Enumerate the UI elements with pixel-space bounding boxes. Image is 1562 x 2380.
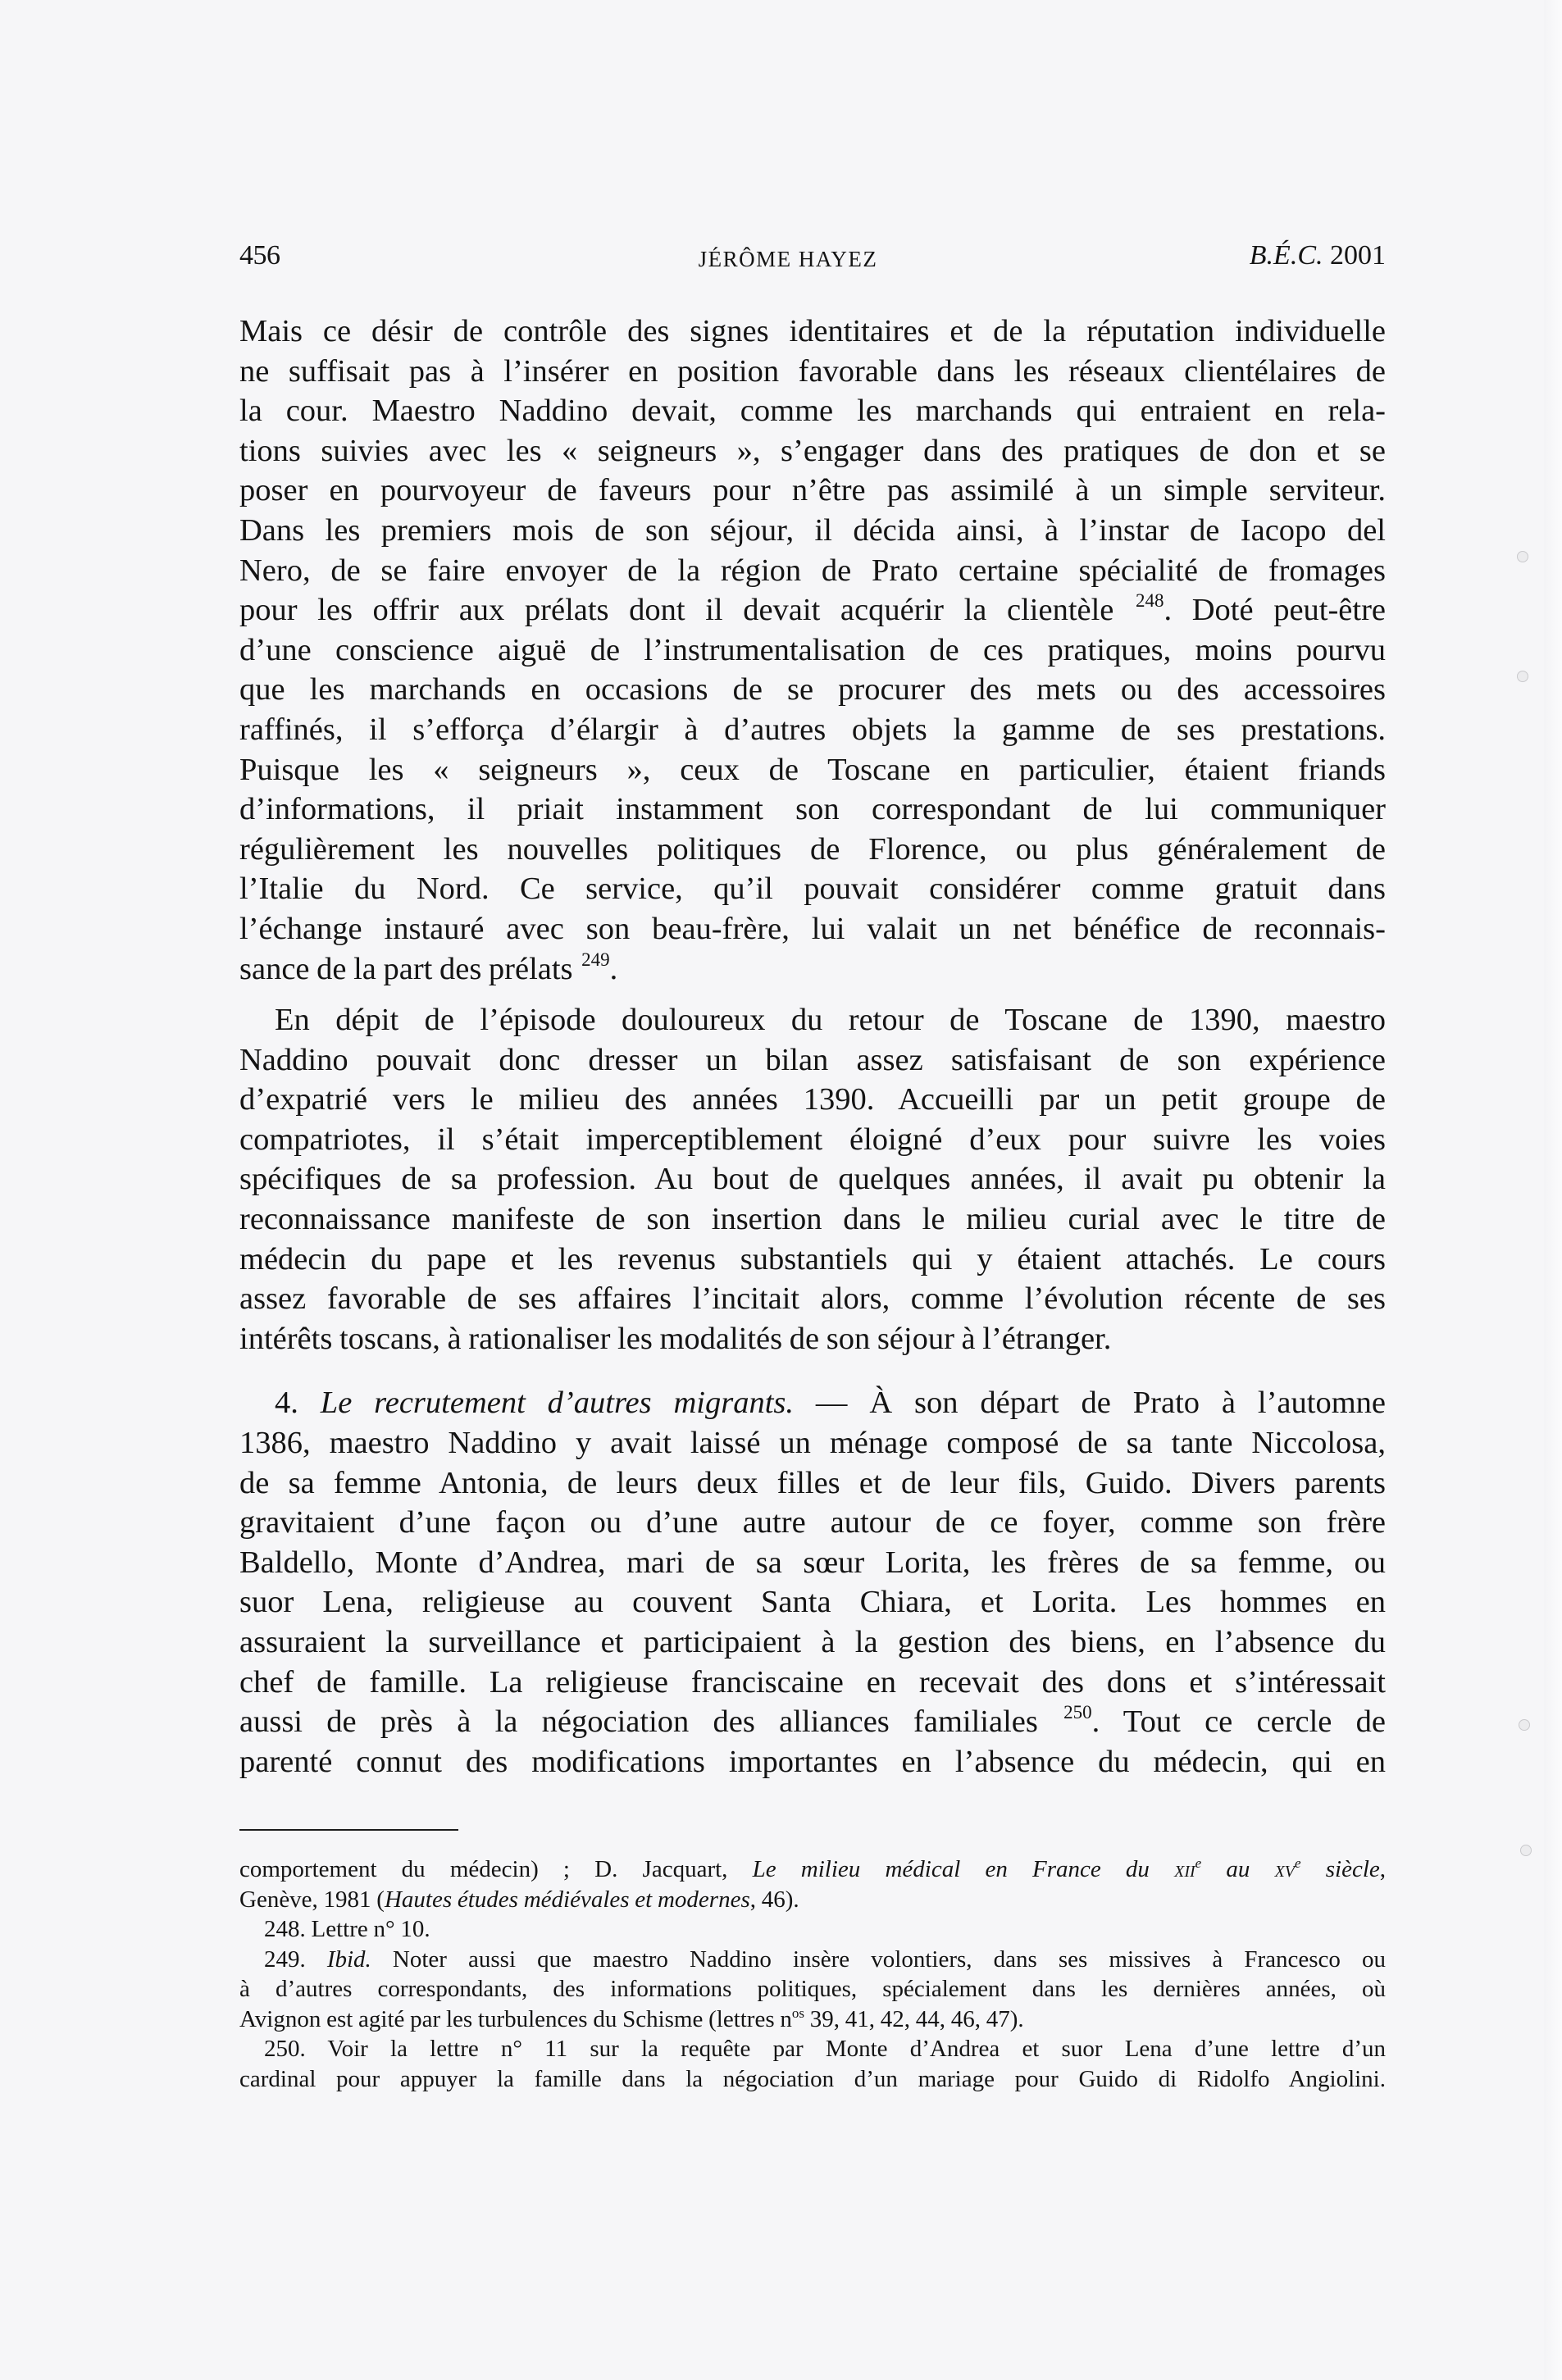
scan-mark bbox=[1517, 551, 1528, 562]
footnote-line: Genève, 1981 (Hautes études médiévales e… bbox=[239, 1885, 1386, 1915]
footnote-line: à d’autres correspondants, des informati… bbox=[239, 1974, 1386, 2005]
text-line: gravitaient d’une façon ou d’une autre a… bbox=[239, 1503, 1386, 1543]
body-text: Mais ce désir de contrôle des signes ide… bbox=[239, 312, 1386, 1782]
text-segment: siècle bbox=[1301, 1856, 1380, 1882]
scan-mark bbox=[1519, 1719, 1530, 1731]
text-line: la cour. Maestro Naddino devait, comme l… bbox=[239, 391, 1386, 431]
text-line: assez favorable de ses affaires l’incita… bbox=[239, 1279, 1386, 1319]
text-segment: 39, 41, 42, 44, 46, 47). bbox=[804, 2006, 1024, 2032]
superscript: e bbox=[1295, 1855, 1301, 1871]
text-line: reconnaissance manifeste de son insertio… bbox=[239, 1199, 1386, 1240]
text-line: Naddino pouvait donc dresser un bilan as… bbox=[239, 1040, 1386, 1081]
scan-mark bbox=[1517, 671, 1528, 682]
text-line: assuraient la surveillance et participai… bbox=[239, 1622, 1386, 1663]
footnote-line: Avignon est agité par les turbulences du… bbox=[239, 2005, 1386, 2035]
running-head-journal: B.É.C. 2001 bbox=[1250, 235, 1386, 276]
text-line: aussi de près à la négociation des allia… bbox=[239, 1702, 1386, 1742]
text-line: que les marchands en occasions de se pro… bbox=[239, 670, 1386, 710]
footnote-number: 249. bbox=[264, 1946, 306, 1973]
journal-abbrev: B.É.C. bbox=[1250, 240, 1323, 271]
text-line: ne suffisait pas à l’insérer en position… bbox=[239, 352, 1386, 392]
text-segment: Avignon est agité par les turbulences du… bbox=[239, 2006, 792, 2032]
text-line: Baldello, Monte d’Andrea, mari de sa sœu… bbox=[239, 1543, 1386, 1583]
text-line: Mais ce désir de contrôle des signes ide… bbox=[239, 312, 1386, 352]
text-line: pour les offrir aux prélats dont il deva… bbox=[239, 590, 1386, 630]
footnote-line: 248. Lettre n° 10. bbox=[239, 1914, 1386, 1945]
text-line: l’échange instauré avec son beau-frère, … bbox=[239, 909, 1386, 949]
text-line: poser en pourvoyeur de faveurs pour n’êt… bbox=[239, 471, 1386, 511]
century-numeral: xii bbox=[1174, 1856, 1195, 1882]
text-segment: au bbox=[1201, 1856, 1274, 1882]
superscript: os bbox=[792, 2005, 804, 2021]
paragraph-3: 4. Le recrutement d’autres migrants. — À… bbox=[239, 1383, 1386, 1782]
text-line: sance de la part des prélats 249. bbox=[239, 949, 1386, 990]
text-line: compatriotes, il s’était imperceptibleme… bbox=[239, 1120, 1386, 1160]
text-line: Puisque les « seigneurs », ceux de Tosca… bbox=[239, 750, 1386, 790]
text-line: de sa femme Antonia, de leurs deux fille… bbox=[239, 1463, 1386, 1504]
text-line: raffinés, il s’efforça d’élargir à d’aut… bbox=[239, 710, 1386, 750]
text-segment: Noter aussi que maestro Naddino insère v… bbox=[371, 1946, 1386, 1973]
text-line: d’expatrié vers le milieu des années 139… bbox=[239, 1080, 1386, 1120]
text-segment: . Doté peut-être bbox=[1164, 593, 1387, 627]
text-segment: pour les offrir aux prélats dont il deva… bbox=[239, 593, 1113, 627]
text-segment: — À son départ de Prato à l’automne bbox=[794, 1386, 1386, 1420]
text-line: chef de famille. La religieuse francisca… bbox=[239, 1663, 1386, 1703]
text-line: En dépit de l’épisode douloureux du reto… bbox=[239, 1000, 1386, 1040]
text-line: suor Lena, religieuse au couvent Santa C… bbox=[239, 1582, 1386, 1622]
footnote-ref-248[interactable]: 248 bbox=[1136, 590, 1164, 611]
footnote-250: 250. Voir la lettre n° 11 sur la requête… bbox=[239, 2034, 1386, 2094]
footnote-continued: comportement du médecin) ; D. Jacquart, … bbox=[239, 1854, 1386, 1914]
text-segment: . bbox=[610, 952, 618, 986]
running-head: 456 JÉRÔME HAYEZ B.É.C. 2001 bbox=[239, 235, 1386, 276]
footnote-number: 250. bbox=[264, 2036, 306, 2062]
text-segment: Genève, 1981 ( bbox=[239, 1886, 385, 1913]
footnote-number: 248. bbox=[264, 1916, 306, 1942]
footnote-249: 249. Ibid. Noter aussi que maestro Naddi… bbox=[239, 1945, 1386, 2035]
footnote-text: Lettre n° 10. bbox=[312, 1916, 430, 1942]
ibid: Ibid. bbox=[327, 1946, 371, 1973]
series-title: Hautes études médiévales et modernes bbox=[385, 1886, 750, 1913]
paragraph-1: Mais ce désir de contrôle des signes ide… bbox=[239, 312, 1386, 989]
section-title: Le recrutement d’autres migrants. bbox=[321, 1386, 794, 1420]
text-segment: aussi de près à la négociation des allia… bbox=[239, 1704, 1038, 1739]
footnote-line: 249. Ibid. Noter aussi que maestro Naddi… bbox=[239, 1945, 1386, 1975]
text-line: d’une conscience aiguë de l’instrumental… bbox=[239, 630, 1386, 671]
text-segment: , 46). bbox=[750, 1886, 799, 1913]
paragraph-2: En dépit de l’épisode douloureux du reto… bbox=[239, 1000, 1386, 1358]
text-line: tions suivies avec les « seigneurs », s’… bbox=[239, 431, 1386, 471]
section-heading-line: 4. Le recrutement d’autres migrants. — À… bbox=[239, 1383, 1386, 1423]
footnote-separator bbox=[239, 1829, 458, 1831]
section-number: 4. bbox=[275, 1386, 298, 1420]
text-segment: sance de la part des prélats bbox=[239, 952, 573, 986]
running-head-author: JÉRÔME HAYEZ bbox=[239, 239, 1386, 280]
text-segment: Le milieu médical en France du bbox=[753, 1856, 1175, 1882]
text-line: parenté connut des modifications importa… bbox=[239, 1742, 1386, 1782]
footnote-ref-250[interactable]: 250 bbox=[1063, 1702, 1092, 1722]
text-line: intérêts toscans, à rationaliser les mod… bbox=[239, 1319, 1386, 1359]
footnote-ref-249[interactable]: 249 bbox=[581, 949, 610, 970]
footnote-line: 250. Voir la lettre n° 11 sur la requête… bbox=[239, 2034, 1386, 2064]
century-numeral: xv bbox=[1275, 1856, 1295, 1882]
text-line: Dans les premiers mois de son séjour, il… bbox=[239, 511, 1386, 551]
text-line: d’informations, il priait instamment son… bbox=[239, 790, 1386, 830]
text-segment: comportement du médecin) ; D. Jacquart, bbox=[239, 1856, 753, 1882]
text-segment: Voir la lettre n° 11 sur la requête par … bbox=[306, 2036, 1386, 2062]
book-title: Le milieu médical en France du xiie au x… bbox=[753, 1856, 1380, 1882]
scan-mark bbox=[1520, 1845, 1532, 1856]
text-line: médecin du pape et les revenus substanti… bbox=[239, 1240, 1386, 1280]
text-segment: . Tout ce cercle de bbox=[1092, 1704, 1386, 1739]
text-line: 1386, maestro Naddino y avait laissé un … bbox=[239, 1423, 1386, 1463]
text-line: l’Italie du Nord. Ce service, qu’il pouv… bbox=[239, 869, 1386, 909]
footnote-248: 248. Lettre n° 10. bbox=[239, 1914, 1386, 1945]
footnote-line: comportement du médecin) ; D. Jacquart, … bbox=[239, 1854, 1386, 1885]
journal-year: 2001 bbox=[1330, 240, 1386, 271]
text-line: régulièrement les nouvelles politiques d… bbox=[239, 830, 1386, 870]
footnotes: comportement du médecin) ; D. Jacquart, … bbox=[239, 1854, 1386, 2094]
page-edge bbox=[1544, 0, 1562, 2380]
text-line: spécifiques de sa profession. Au bout de… bbox=[239, 1159, 1386, 1199]
footnote-line: cardinal pour appuyer la famille dans la… bbox=[239, 2064, 1386, 2095]
text-line: Nero, de se faire envoyer de la région d… bbox=[239, 551, 1386, 591]
text-segment: , bbox=[1380, 1856, 1386, 1882]
